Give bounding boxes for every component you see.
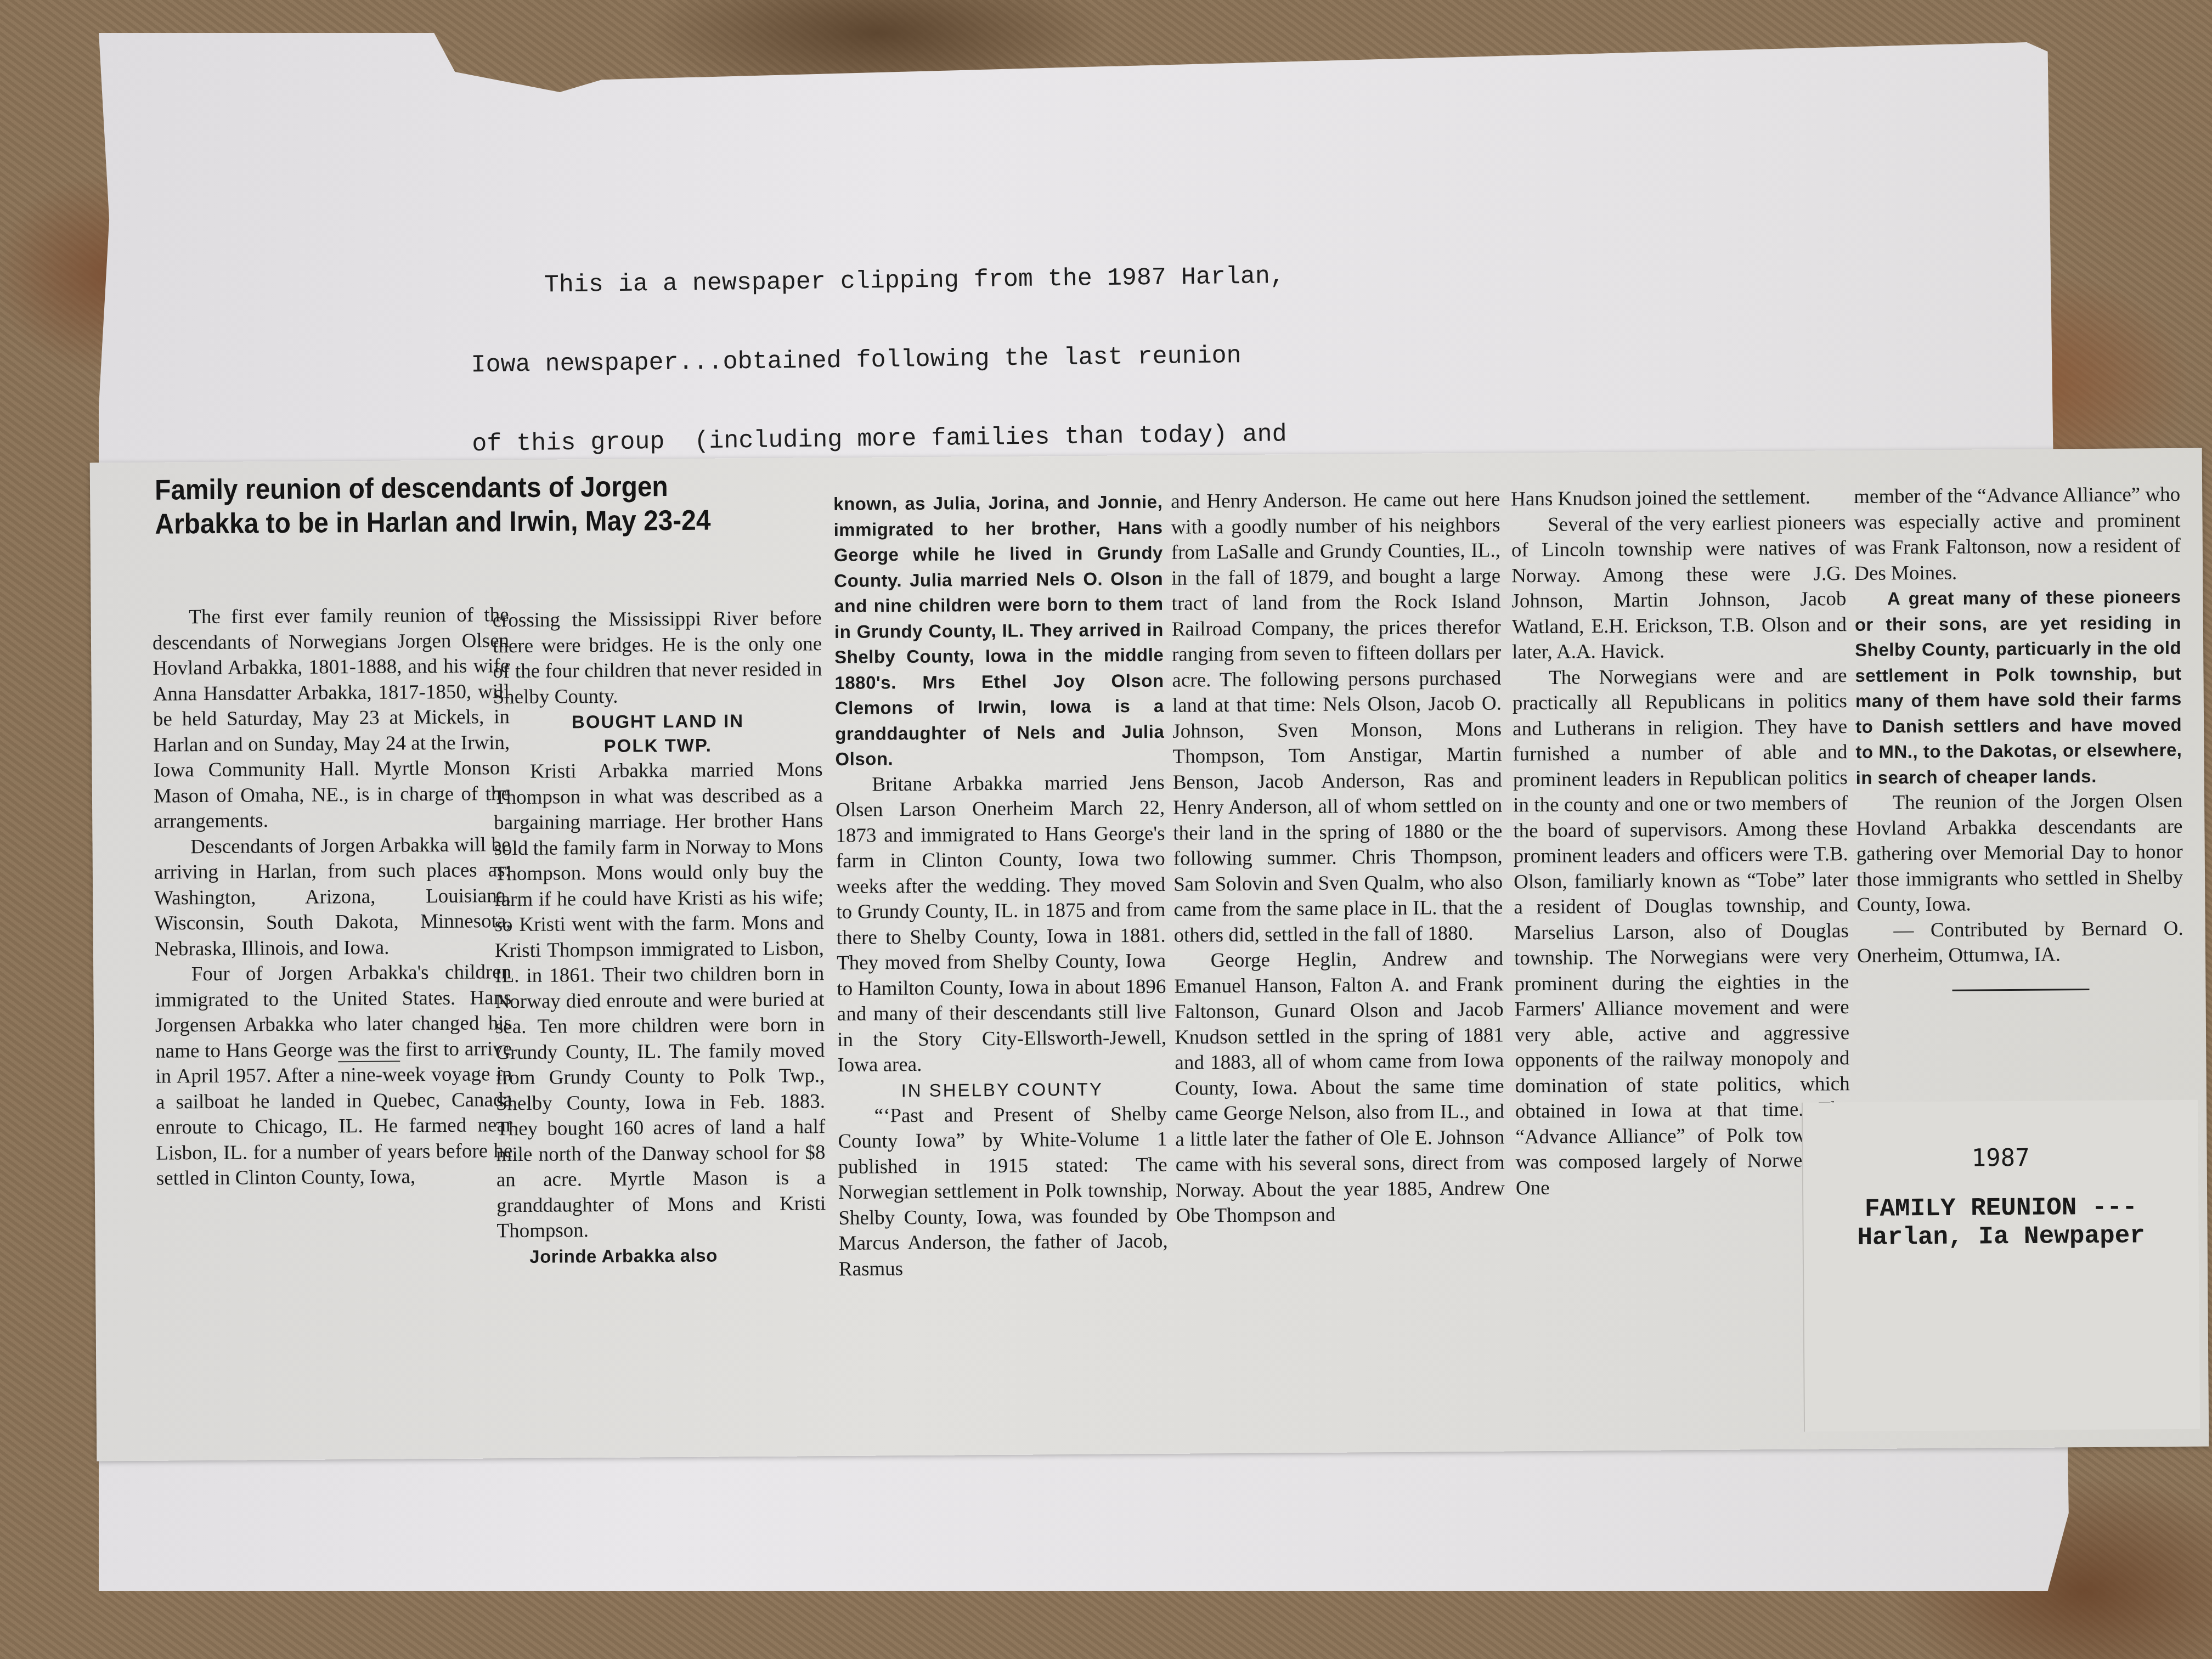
article-column-6: member of the “Advance Alliance” who was… (1854, 482, 2183, 992)
subhead: BOUGHT LAND IN (493, 709, 822, 734)
article-column-5: Hans Knudson joined the settlement. Seve… (1511, 484, 1850, 1201)
newspaper-clipping: Family reunion of descendants of Jorgen … (90, 448, 2209, 1462)
article-column-4: and Henry Anderson. He came out here wit… (1171, 487, 1505, 1229)
typed-note-line: of this group (including more families t… (472, 418, 1569, 458)
subhead: POLK TWP. (493, 733, 822, 758)
paragraph: Descendants of Jorgen Arbakka will be ar… (154, 832, 511, 962)
end-rule (1952, 989, 2089, 991)
subhead: IN SHELBY COUNTY (838, 1077, 1167, 1102)
paragraph: Four of Jorgen Arbakka's children immigr… (155, 960, 513, 1192)
label-year: 1987 (1803, 1143, 2198, 1173)
underlined-text: was the (338, 1038, 400, 1062)
paragraph: Hans Knudson joined the settlement. (1511, 484, 1846, 512)
paragraph: member of the “Advance Alliance” who was… (1854, 482, 2181, 586)
label-title: FAMILY REUNION --- (1803, 1193, 2198, 1224)
typed-note-line: Iowa newspaper...obtained following the … (471, 339, 1568, 379)
paragraph: A great many of these pioneers or their … (1854, 584, 2182, 791)
paragraph: Jorinde Arbakka also (497, 1242, 826, 1270)
paragraph: Britane Arbakka married Jens Olsen Larso… (836, 770, 1167, 1078)
paragraph: known, as Julia, Jorina, and Jonnie, imm… (833, 489, 1165, 772)
paragraph: Kristi Arbakka married Mons Thompson in … (493, 757, 826, 1244)
typed-note-line: This ia a newspaper clipping from the 19… (470, 260, 1567, 300)
article-column-2: crossing the Mississippi River before th… (493, 606, 826, 1269)
paragraph: Several of the very earliest pioneers of… (1511, 510, 1847, 665)
paragraph: The reunion of the Jorgen Olsen Hovland … (1856, 788, 2183, 918)
paragraph: George Heglin, Andrew and Emanuel Hanson… (1174, 946, 1505, 1229)
typed-label: 1987 FAMILY REUNION --- Harlan, Ia Newpa… (1802, 1100, 2200, 1432)
paragraph: The Norwegians were and are practically … (1512, 663, 1850, 1201)
paragraph: and Henry Anderson. He came out here wit… (1171, 487, 1503, 949)
article-byline: — Contributed by Bernard O. Onerheim, Ot… (1857, 916, 2184, 969)
article-headline: Family reunion of descendants of Jorgen … (155, 469, 741, 541)
paragraph: “‘Past and Present of Shelby County Iowa… (838, 1101, 1168, 1282)
label-subtitle: Harlan, Ia Newpaper (1803, 1221, 2198, 1252)
paragraph: crossing the Mississippi River before th… (493, 606, 822, 710)
paragraph: The first ever family reunion of the des… (153, 602, 511, 834)
article-column-1: The first ever family reunion of the des… (153, 602, 513, 1192)
article-column-3: known, as Julia, Jorina, and Jonnie, imm… (833, 489, 1168, 1282)
